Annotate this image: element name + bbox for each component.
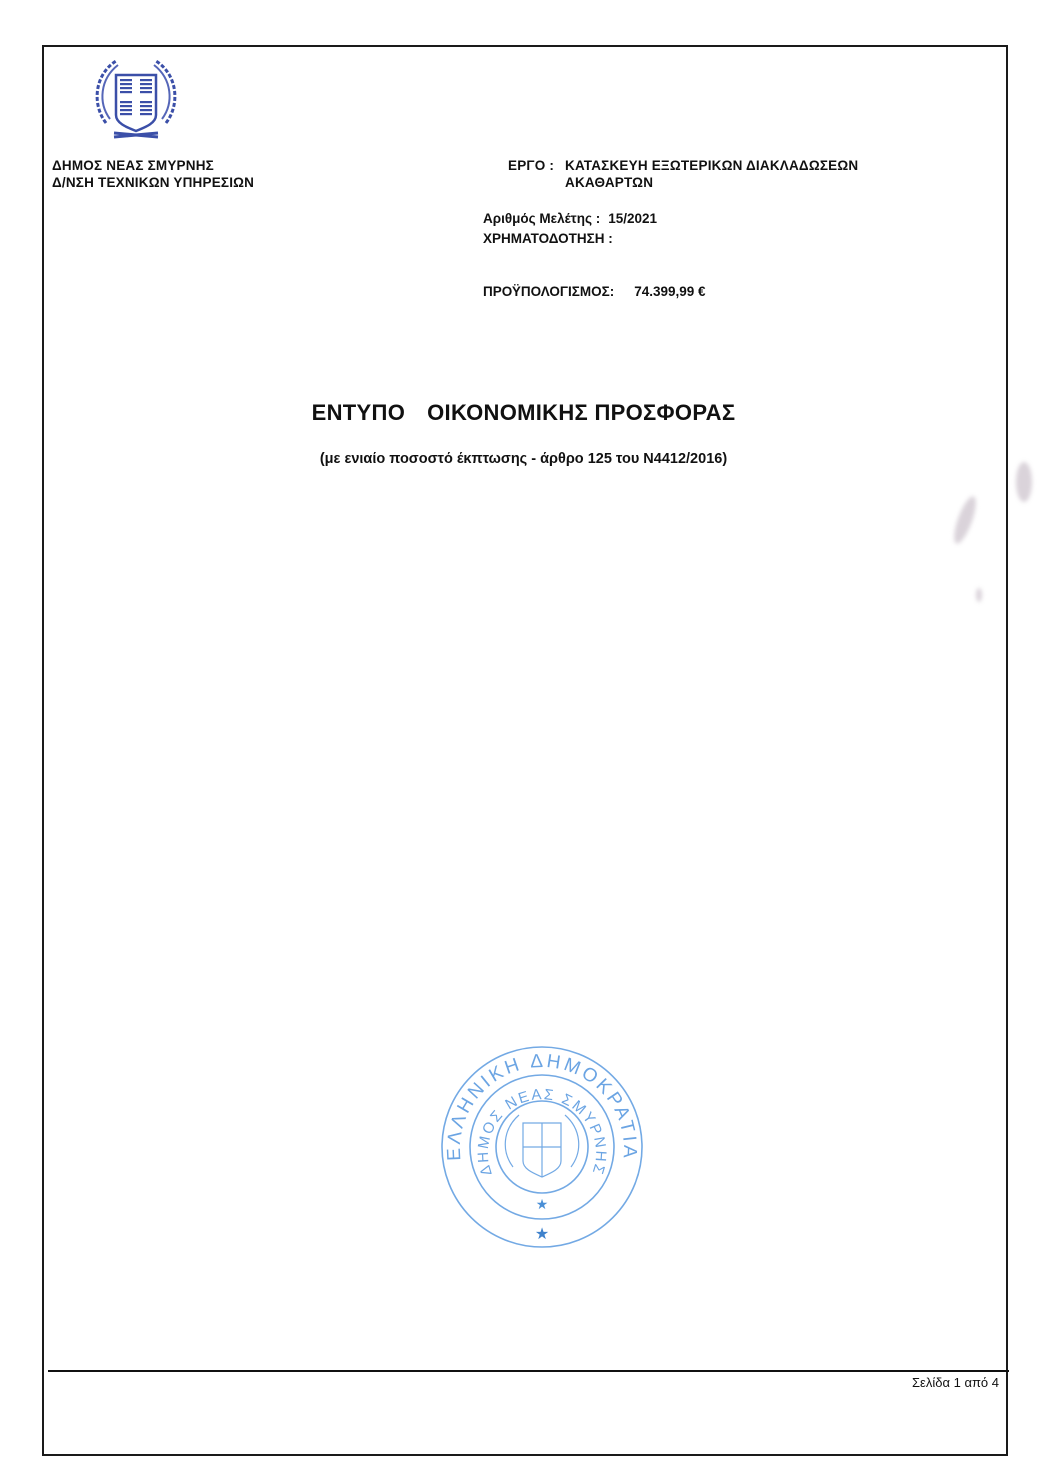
study-meta-block: Αριθμός Μελέτης :15/2021 ΧΡΗΜΑΤΟΔΟΤΗΣΗ : <box>483 209 657 249</box>
title-part2: ΟΙΚΟΝΟΜΙΚΗΣ ΠΡΟΣΦΟΡΑΣ <box>427 400 735 425</box>
budget-label: ΠΡΟΫΠΟΛΟΓΙΣΜΟΣ: <box>483 284 614 299</box>
study-number-value: 15/2021 <box>608 211 657 226</box>
project-title-line2: ΑΚΑΘΑΡΤΩΝ <box>508 174 858 191</box>
department-name: Δ/ΝΣΗ ΤΕΧΝΙΚΩΝ ΥΠΗΡΕΣΙΩΝ <box>52 174 254 191</box>
budget-line: ΠΡΟΫΠΟΛΟΓΙΣΜΟΣ:74.399,99 € <box>483 284 706 299</box>
star-icon: ★ <box>535 1226 549 1243</box>
scan-smudge <box>976 588 982 602</box>
project-label: ΕΡΓΟ : <box>508 157 565 174</box>
title-part1: ΕΝΤΥΠΟ <box>312 400 405 425</box>
footer-divider <box>48 1370 1009 1372</box>
greek-coat-of-arms-icon <box>88 53 184 145</box>
project-block: ΕΡΓΟ :ΚΑΤΑΣΚΕΥΗ ΕΞΩΤΕΡΙΚΩΝ ΔΙΑΚΛΑΔΩΣΕΩΝ … <box>508 157 858 191</box>
document-subtitle: (με ενιαίο ποσοστό έκπτωσης - άρθρο 125 … <box>0 451 1047 467</box>
page-indicator: Σελίδα 1 από 4 <box>912 1375 999 1390</box>
municipal-seal-stamp-icon: ΕΛΛΗΝΙΚΗ ΔΗΜΟΚΡΑΤΙΑ ΔΗΜΟΣ ΝΕΑΣ ΣΜΥΡΝΗΣ ★… <box>435 1043 649 1251</box>
organization-name: ΔΗΜΟΣ ΝΕΑΣ ΣΜΥΡΝΗΣ <box>52 157 254 174</box>
budget-value: 74.399,99 € <box>634 284 705 299</box>
document-title: ΕΝΤΥΠΟΟΙΚΟΝΟΜΙΚΗΣ ΠΡΟΣΦΟΡΑΣ <box>0 400 1047 426</box>
star-icon: ★ <box>536 1196 549 1212</box>
study-number-label: Αριθμός Μελέτης : <box>483 211 600 226</box>
organization-block: ΔΗΜΟΣ ΝΕΑΣ ΣΜΥΡΝΗΣ Δ/ΝΣΗ ΤΕΧΝΙΚΩΝ ΥΠΗΡΕΣ… <box>52 157 254 191</box>
scan-smudge <box>1016 462 1032 502</box>
project-title-line1: ΚΑΤΑΣΚΕΥΗ ΕΞΩΤΕΡΙΚΩΝ ΔΙΑΚΛΑΔΩΣΕΩΝ <box>565 158 858 173</box>
funding-label: ΧΡΗΜΑΤΟΔΟΤΗΣΗ : <box>483 231 613 246</box>
